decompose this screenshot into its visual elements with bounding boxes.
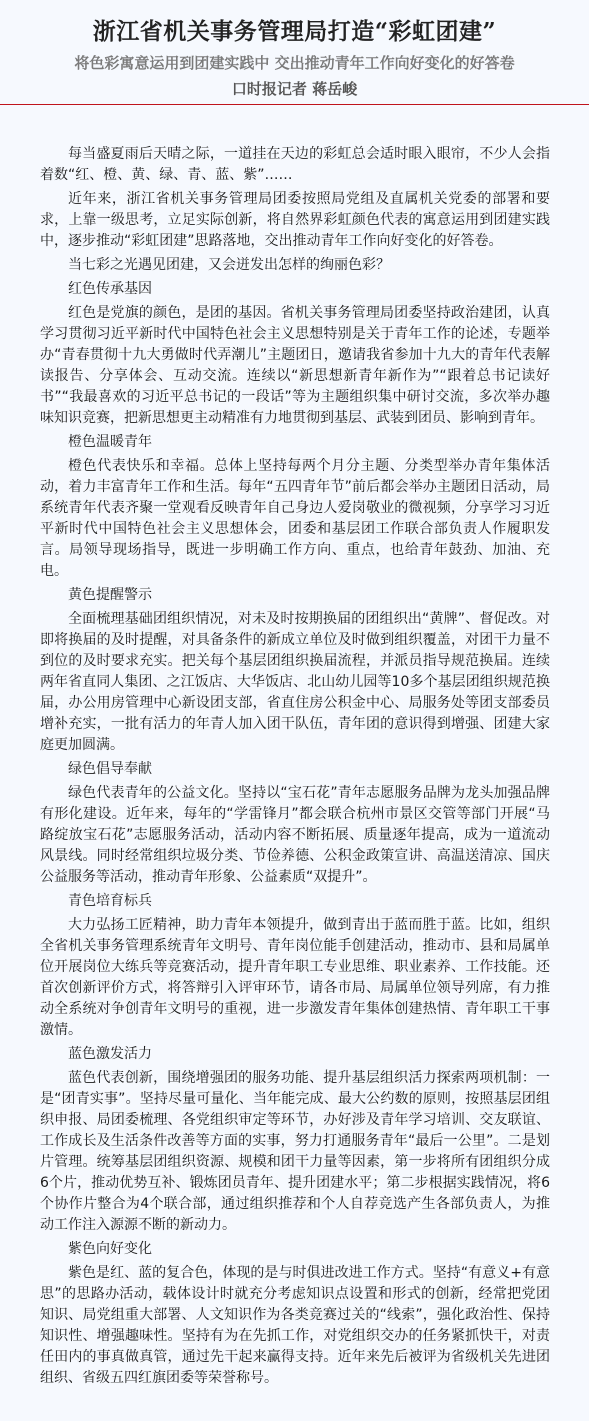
- section-text-orange: 橙色代表快乐和幸福。总体上坚持每两个月分主题、分类型举办青年集体活动，着力丰富青…: [40, 456, 550, 582]
- section-text-green: 绿色代表青年的公益文化。坚持以“宝石花”青年志愿服务品牌为龙头加强品牌有形化建设…: [40, 783, 550, 888]
- article-byline: 口时报记者 蒋岳峻: [0, 76, 589, 102]
- intro-paragraph: 近年来，浙江省机关事务管理局团委按照局党组及直属机关党委的部署和要求，上靠一级思…: [40, 189, 550, 252]
- section-heading-yellow: 黄色提醒警示: [40, 585, 550, 606]
- section-text-yellow: 全面梳理基础团组织情况，对未及时按期换届的团组织出“黄牌”、督促改。对即将换届的…: [40, 609, 550, 756]
- intro-paragraph: 每当盛夏雨后天晴之际，一道挂在天边的彩虹总会适时眼入眼帘，不少人会指着数“红、橙…: [40, 144, 550, 186]
- section-heading-green: 绿色倡导奉献: [40, 759, 550, 780]
- section-text-blue: 蓝色代表创新，围绕增强团的服务功能、提升基层组织活力探索两项机制：一是“团青实事…: [40, 1068, 550, 1236]
- article-title: 浙江省机关事务管理局打造“彩虹团建”: [0, 16, 589, 48]
- section-heading-red: 红色传承基因: [40, 279, 550, 300]
- article-header: 浙江省机关事务管理局打造“彩虹团建” 将色彩寓意运用到团建实践中 交出推动青年工…: [0, 0, 589, 102]
- section-heading-orange: 橙色温暖青年: [40, 432, 550, 453]
- section-text-purple: 紫色是红、蓝的复合色，体现的是与时俱进改进工作方式。坚持“有意义+有意思”的思路…: [40, 1263, 550, 1389]
- intro-paragraph: 当七彩之光遇见团建，又会迸发出怎样的绚丽色彩？: [40, 255, 550, 276]
- section-heading-purple: 紫色向好变化: [40, 1239, 550, 1260]
- section-heading-cyan: 青色培育标兵: [40, 891, 550, 912]
- section-heading-blue: 蓝色激发活力: [40, 1044, 550, 1065]
- section-text-cyan: 大力弘扬工匠精神，助力青年本领提升，做到青出于蓝而胜于蓝。比如，组织全省机关事务…: [40, 915, 550, 1041]
- article-body: 每当盛夏雨后天晴之际，一道挂在天边的彩虹总会适时眼入眼帘，不少人会指着数“红、橙…: [0, 106, 589, 1389]
- article-subtitle: 将色彩寓意运用到团建实践中 交出推动青年工作向好变化的好答卷: [0, 50, 589, 76]
- section-text-red: 红色是党旗的颜色，是团的基因。省机关事务管理局团委坚持政治建团，认真学习贯彻习近…: [40, 303, 550, 429]
